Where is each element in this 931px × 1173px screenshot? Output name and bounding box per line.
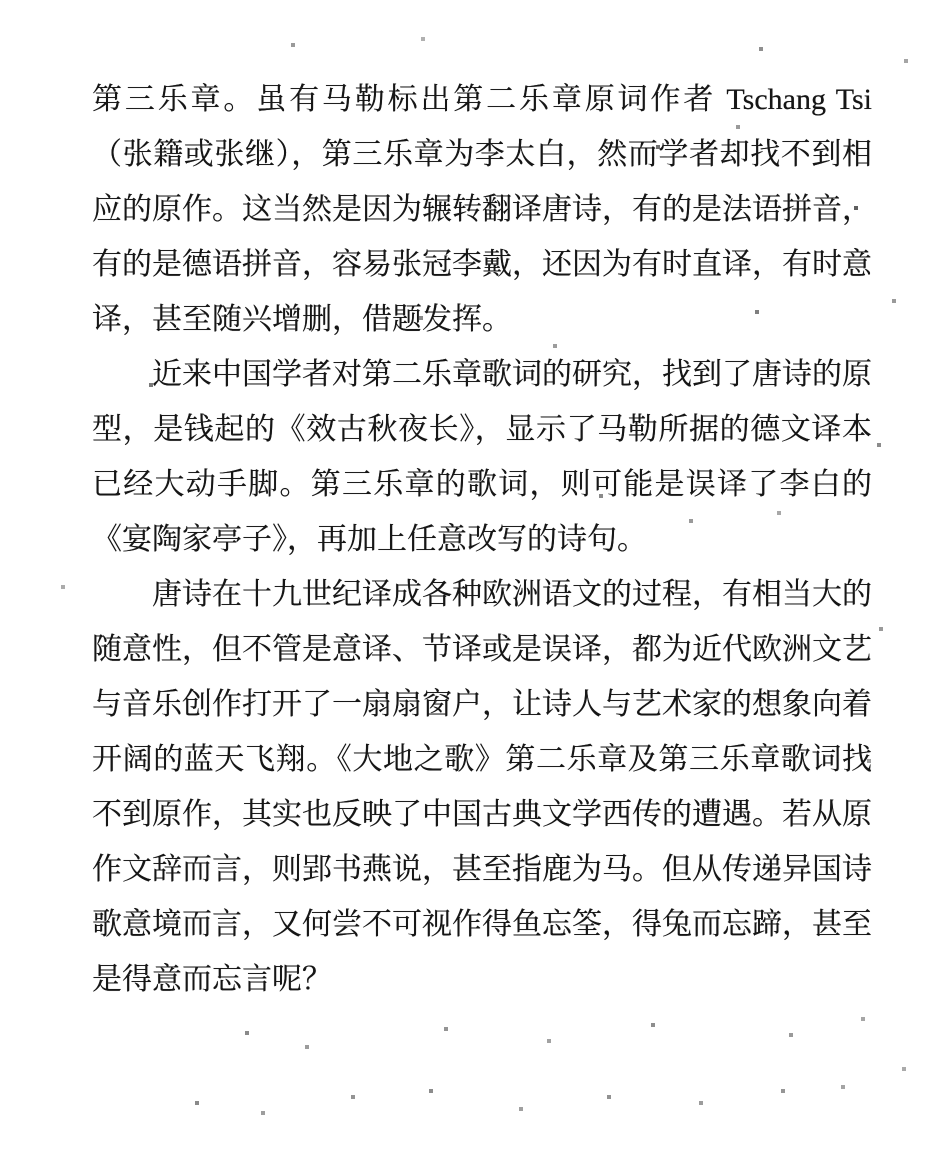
scan-page: 第三乐章。虽有马勒标出第二乐章原词作者 Tschang Tsi（张籍或张继），第…: [0, 0, 931, 1173]
scan-noise-speckles: [0, 0, 2, 2]
paragraph-continuation: 第三乐章。虽有马勒标出第二乐章原词作者 Tschang Tsi（张籍或张继），第…: [92, 72, 872, 347]
text-block: 第三乐章。虽有马勒标出第二乐章原词作者 Tschang Tsi（张籍或张继），第…: [92, 72, 872, 1007]
paragraph-2: 近来中国学者对第二乐章歌词的研究，找到了唐诗的原型，是钱起的《效古秋夜长》，显示…: [92, 347, 872, 567]
paragraph-3: 唐诗在十九世纪译成各种欧洲语文的过程，有相当大的随意性，但不管是意译、节译或是误…: [92, 567, 872, 1007]
